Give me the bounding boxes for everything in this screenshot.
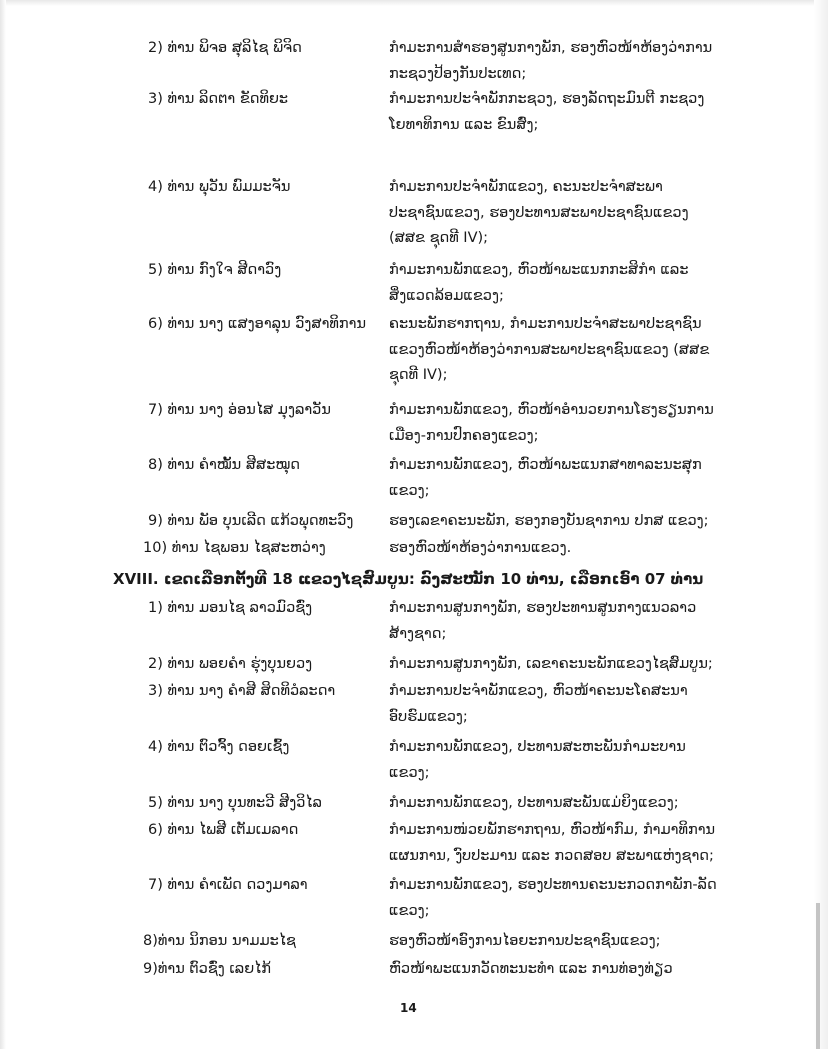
candidate-role: ກຳມະການພັກແຂວງ, ຫົວໜ້າພະແນກກະສິກຳ ແລະ ສິ… (389, 258, 717, 309)
candidate-role: ຄະນະພັກຮາກຖານ, ກຳມະການປະຈຳສະພາປະຊາຊົນແຂວ… (389, 312, 717, 389)
candidate-role: ຫົວໜ້າພະແນກວັດທະນະທຳ ແລະ ການທ່ອງທ່ຽວ (389, 957, 717, 983)
candidate-role: ກຳມະການພັກແຂວງ, ປະທານສະພັນແມ່ຍິງແຂວງ; (389, 791, 717, 817)
candidate-role: ກຳມະການປະຈຳພັກກະຊວງ, ຮອງລັດຖະມົນຕີ ກະຊວງ… (389, 87, 717, 138)
candidate-name: 7) ທ່ານ ນາງ ອ່ອນໄສ ມຸງລາວັນ (148, 398, 388, 424)
candidate-name: 2) ທ່ານ ພິຈອ ສຸລິໄຊ ພິຈິດ (148, 36, 388, 62)
candidate-role: ຮອງເລຂາຄະນະພັກ, ຮອງກອງບັນຊາການ ປກສ ແຂວງ; (389, 509, 717, 535)
page-number: 14 (400, 1001, 417, 1015)
candidate-name: 7) ທ່ານ ຄຳເພັດ ດວງມາລາ (148, 873, 388, 899)
candidate-role: ຮອງຫົວໜ້າອົງການໄອຍະການປະຊາຊົນແຂວງ; (389, 929, 717, 955)
candidate-name: 9) ທ່ານ ພັອ ບຸນເລີດ ແກ້ວພຸດທະວົງ (148, 509, 388, 535)
candidate-name: 8) ທ່ານ ຄຳໝັ້ນ ສີສະໝຸດ (148, 453, 388, 479)
candidate-name: 8)ທ່ານ ນິກອນ ນາມມະໄຊ (143, 929, 383, 955)
candidate-role: ກຳມະການພັກແຂວງ, ຮອງປະທານຄະນະກວດກາພັກ-ລັດ… (389, 873, 717, 924)
candidate-role: ກຳມະການພັກແຂວງ, ປະທານສະຫະພັນກຳມະບານແຂວງ; (389, 735, 717, 786)
candidate-name: 4) ທ່ານ ພຸວັນ ພົມມະຈັນ (148, 175, 388, 201)
section-heading: XVIII. ເຂດເລືອກຕັ້ງທີ 18 ແຂວງໄຊສົມບູນ: ລ… (113, 568, 753, 590)
document-page: 2) ທ່ານ ພິຈອ ສຸລິໄຊ ພິຈິດ ກຳມະການສຳຮອງສູ… (0, 0, 828, 1049)
candidate-name: 5) ທ່ານ ນາງ ບຸນທະວີ ສີງວິໄລ (148, 791, 388, 817)
candidate-name: 10) ທ່ານ ໄຊພອນ ໄຊສະຫວ່າງ (143, 536, 383, 562)
candidate-role: ກຳມະການພັກແຂວງ, ຫົວໜ້າອຳນວຍການໂຮງຮຽນການເ… (389, 398, 717, 449)
candidate-name: 3) ທ່ານ ລິດຕາ ຂັດທິຍະ (148, 87, 388, 113)
candidate-role: ກຳມະການພັກແຂວງ, ຫົວໜ້າພະແນກສາທາລະນະສຸກແຂ… (389, 453, 717, 504)
candidate-name: 3) ທ່ານ ນາງ ຄຳສີ ສິດທິວໍລະດາ (148, 679, 388, 705)
candidate-name: 9)ທ່ານ ຕົວຊົ່ງ ເລຍໄກ້ (143, 957, 383, 983)
candidate-name: 4) ທ່ານ ຕົວຈົ້ງ ດອຍເຊົ້ງ (148, 735, 388, 761)
candidate-name: 6) ທ່ານ ນາງ ແສງອາລຸນ ວົງສາທິການ (148, 312, 388, 338)
candidate-role: ກຳມະການສຳຮອງສູນກາງພັກ, ຮອງຫົວໜ້າຫ້ອງວ່າກ… (389, 36, 717, 87)
candidate-name: 2) ທ່ານ ພອຍຄຳ ຮຸ່ງບຸນຍວງ (148, 652, 388, 678)
candidate-name: 1) ທ່ານ ມອນໄຊ ລາວມົວຊົ່ງ (148, 596, 388, 622)
candidate-name: 5) ທ່ານ ກົງໃຈ ສີດາວົງ (148, 258, 388, 284)
candidate-role: ຮອງຫົວໜ້າຫ້ອງວ່າການແຂວງ. (389, 536, 717, 562)
candidate-role: ກຳມະການໜ່ວຍພັກຮາກຖານ, ຫົວໜ້າກົມ, ກຳມາທິກ… (389, 818, 717, 869)
candidate-role: ກຳມະການປະຈຳພັກແຂວງ, ຄະນະປະຈຳສະພາປະຊາຊົນແ… (389, 175, 717, 252)
candidate-name: 6) ທ່ານ ໄພສີ ເຕັມເມລາດ (148, 818, 388, 844)
candidate-role: ກຳມະການສູນກາງພັກ, ຮອງປະທານສູນກາງແນວລາວສ້… (389, 596, 717, 647)
candidate-role: ກຳມະການສູນກາງພັກ, ເລຂາຄະນະພັກແຂວງໄຊສົມບູ… (389, 652, 717, 678)
candidate-role: ກຳມະການປະຈຳພັກແຂວງ, ຫົວໜ້າຄະນະໂຄສະນາອົບຮ… (389, 679, 717, 730)
